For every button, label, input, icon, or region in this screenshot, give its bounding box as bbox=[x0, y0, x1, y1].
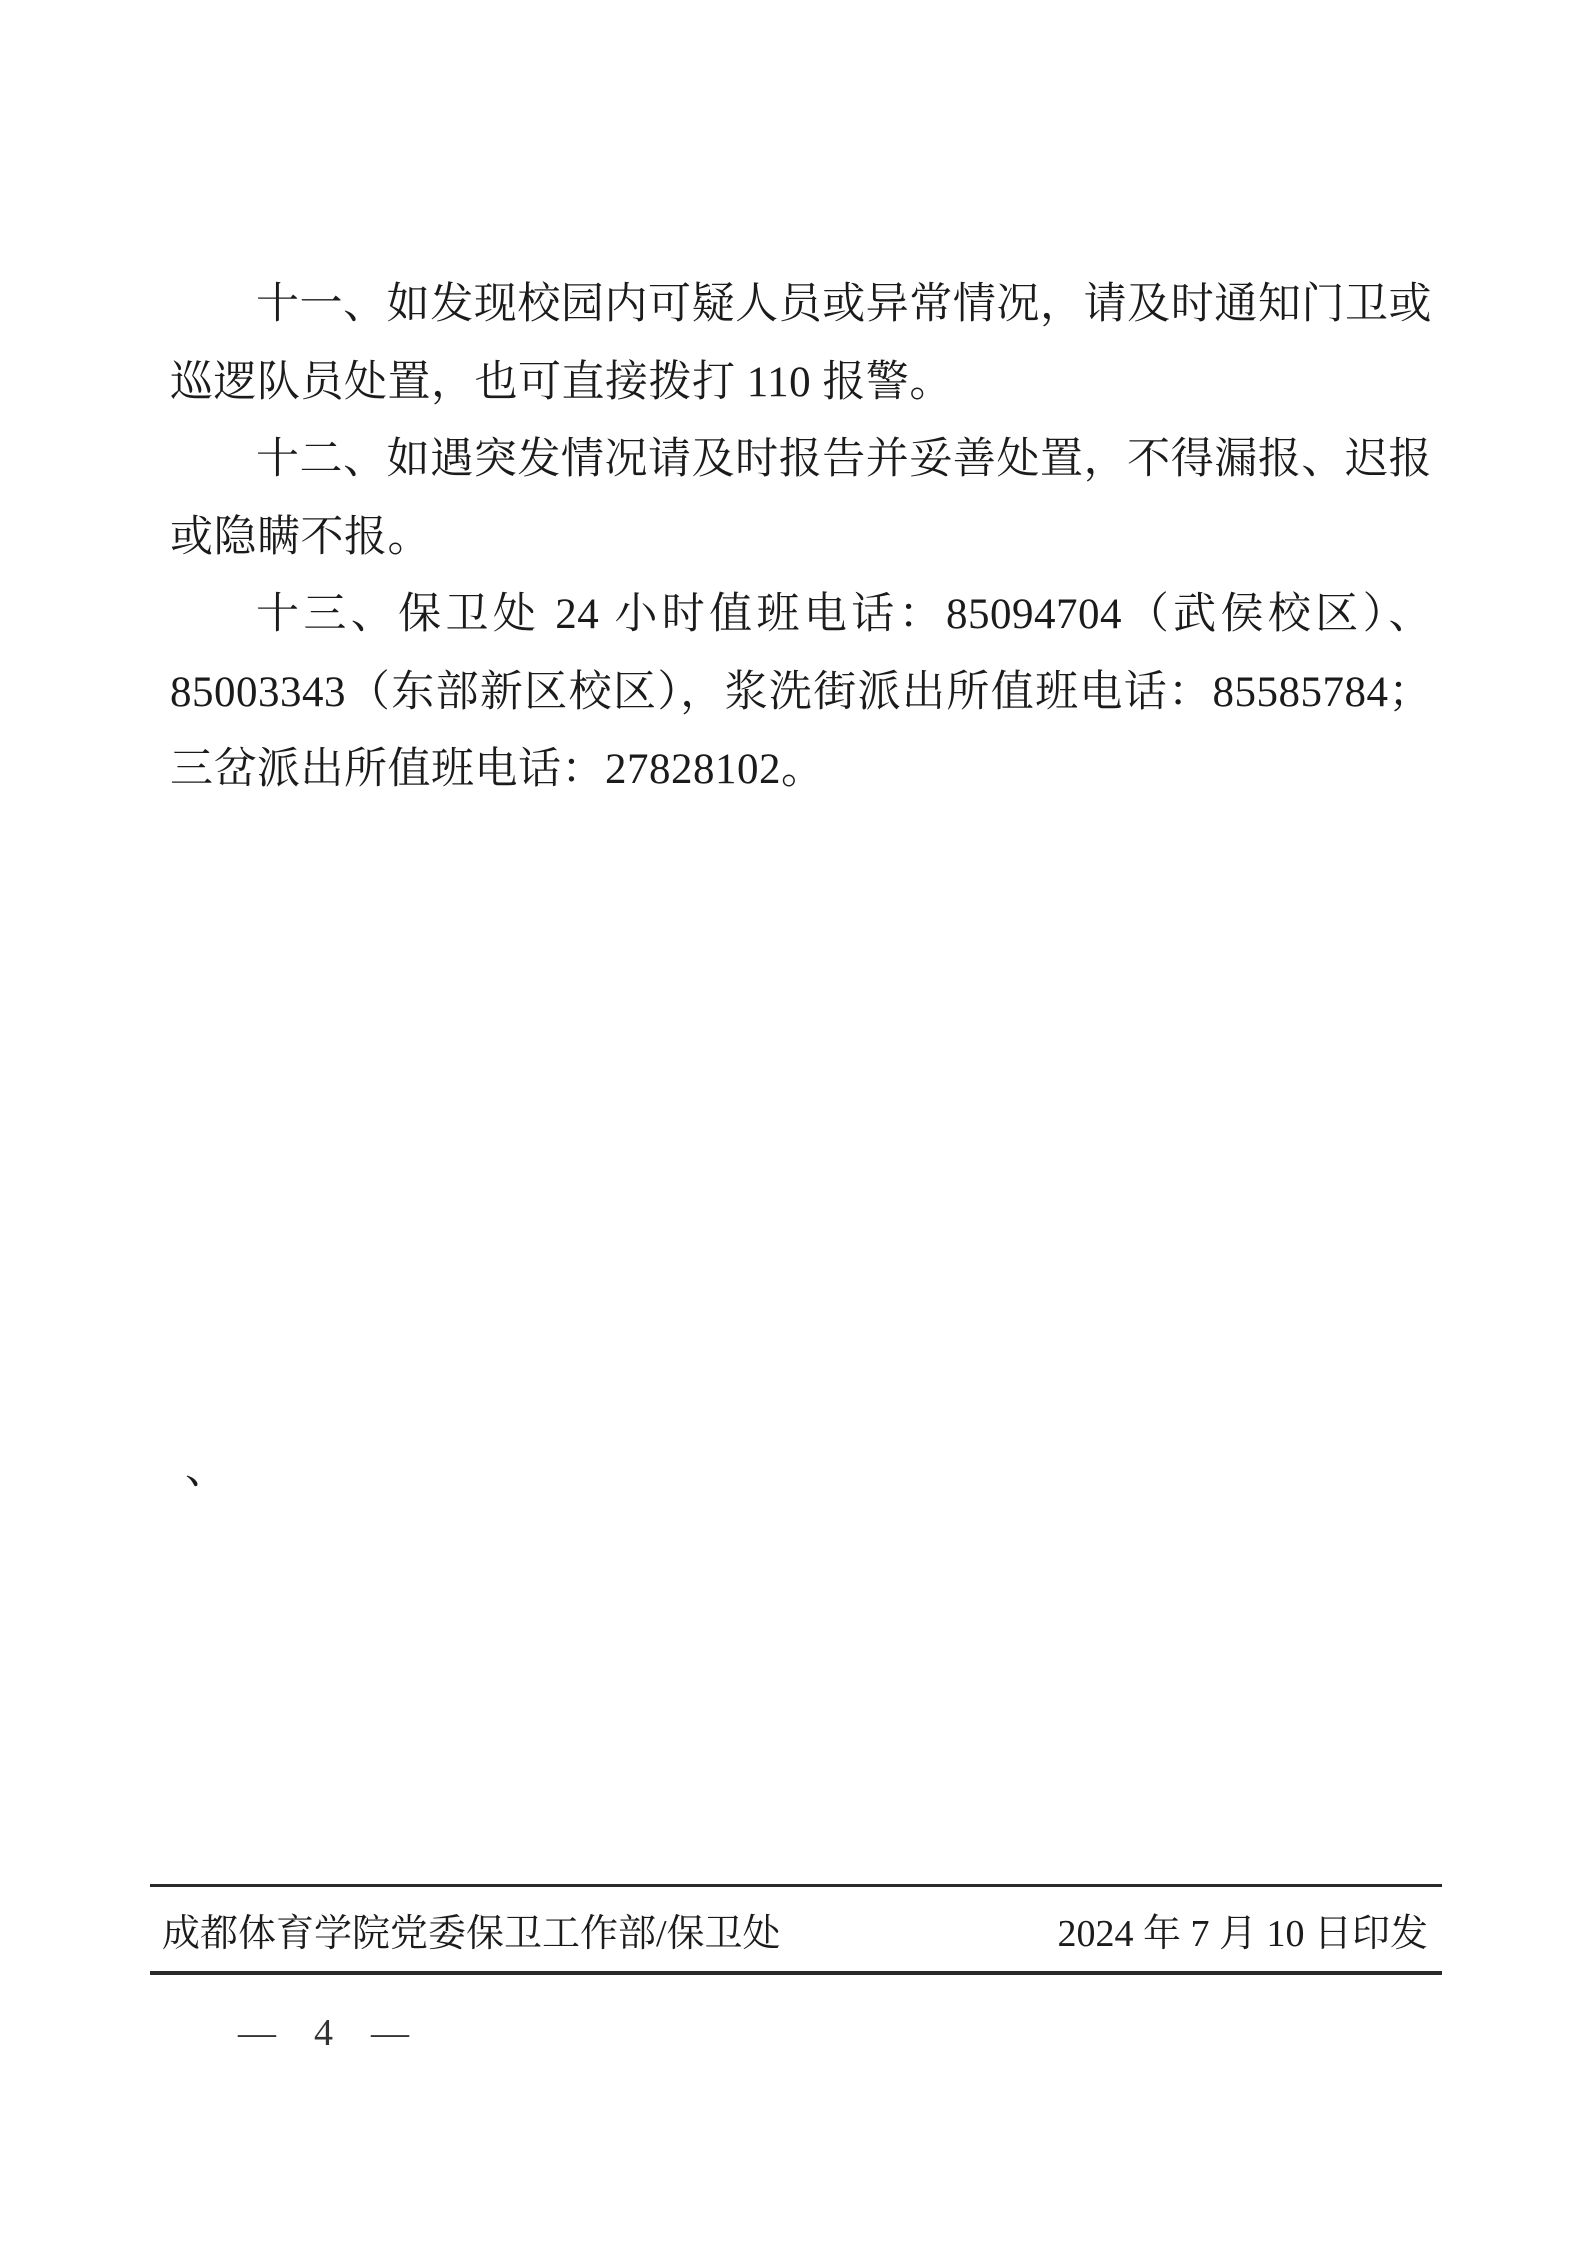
paragraph-item-13: 十三、保卫处 24 小时值班电话：85094704（武侯校区）、85003343… bbox=[170, 576, 1432, 809]
colophon-row: 成都体育学院党委保卫工作部/保卫处 2024 年 7 月 10 日印发 bbox=[150, 1887, 1442, 1971]
issue-date: 2024 年 7 月 10 日印发 bbox=[1057, 1902, 1428, 1957]
paragraph-item-11: 十一、如发现校园内可疑人员或异常情况，请及时通知门卫或巡逻队员处置，也可直接拨打… bbox=[170, 266, 1432, 421]
paragraph-item-12: 十二、如遇突发情况请及时报告并妥善处置，不得漏报、迟报或隐瞒不报。 bbox=[170, 421, 1432, 576]
document-body: 十一、如发现校园内可疑人员或异常情况，请及时通知门卫或巡逻队员处置，也可直接拨打… bbox=[170, 266, 1432, 809]
colophon: 成都体育学院党委保卫工作部/保卫处 2024 年 7 月 10 日印发 bbox=[150, 1884, 1442, 1975]
document-page: 十一、如发现校园内可疑人员或异常情况，请及时通知门卫或巡逻队员处置，也可直接拨打… bbox=[0, 0, 1588, 2245]
page-number: — 4 — bbox=[238, 2001, 409, 2056]
colophon-bottom-rule bbox=[150, 1971, 1442, 1975]
issuing-department: 成都体育学院党委保卫工作部/保卫处 bbox=[162, 1902, 781, 1957]
stray-comma-mark: 、 bbox=[185, 1448, 228, 1491]
